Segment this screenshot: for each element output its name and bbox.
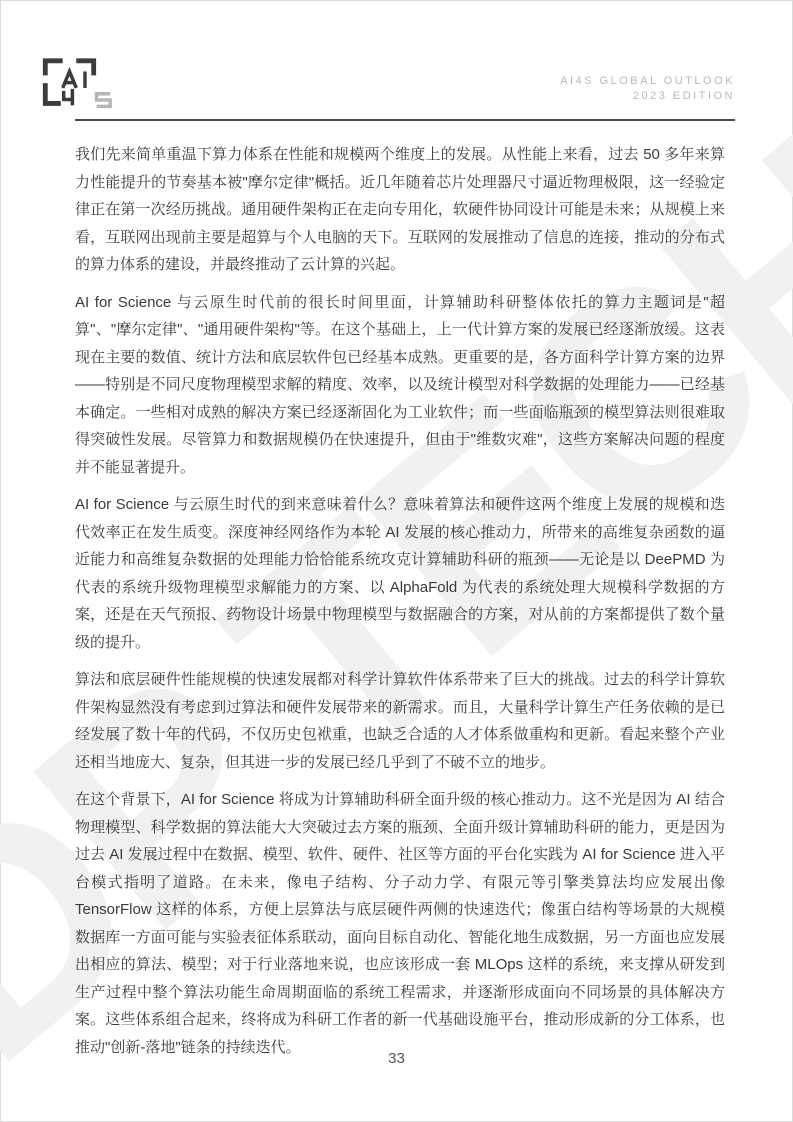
page-number: 33 bbox=[388, 1050, 405, 1067]
report-header: AI4S GLOBAL OUTLOOK 2023 EDITION bbox=[560, 74, 735, 104]
header-title: AI4S GLOBAL OUTLOOK bbox=[560, 74, 735, 89]
document-page: DP TECH AI4S GLOBAL OUTLOOK 2023 E bbox=[0, 0, 793, 1122]
paragraph-2: AI for Science 与云原生时代前的很长时间里面，计算辅助科研整体依托… bbox=[75, 289, 725, 482]
page-footer: 33 bbox=[0, 1050, 793, 1067]
ai4s-logo-icon bbox=[40, 56, 128, 116]
paragraph-5: 在这个背景下，AI for Science 将成为计算辅助科研全面升级的核心推动… bbox=[75, 786, 725, 1061]
header-edition: 2023 EDITION bbox=[560, 89, 735, 104]
paragraph-1: 我们先来简单重温下算力体系在性能和规模两个维度上的发展。从性能上来看，过去 50… bbox=[75, 141, 725, 279]
header-divider bbox=[75, 119, 735, 121]
paragraph-3: AI for Science 与云原生时代的到来意味着什么？意味着算法和硬件这两… bbox=[75, 491, 725, 656]
paragraph-4: 算法和底层硬件性能规模的快速发展都对科学计算软件体系带来了巨大的挑战。过去的科学… bbox=[75, 666, 725, 776]
body-text: 我们先来简单重温下算力体系在性能和规模两个维度上的发展。从性能上来看，过去 50… bbox=[75, 141, 725, 1071]
